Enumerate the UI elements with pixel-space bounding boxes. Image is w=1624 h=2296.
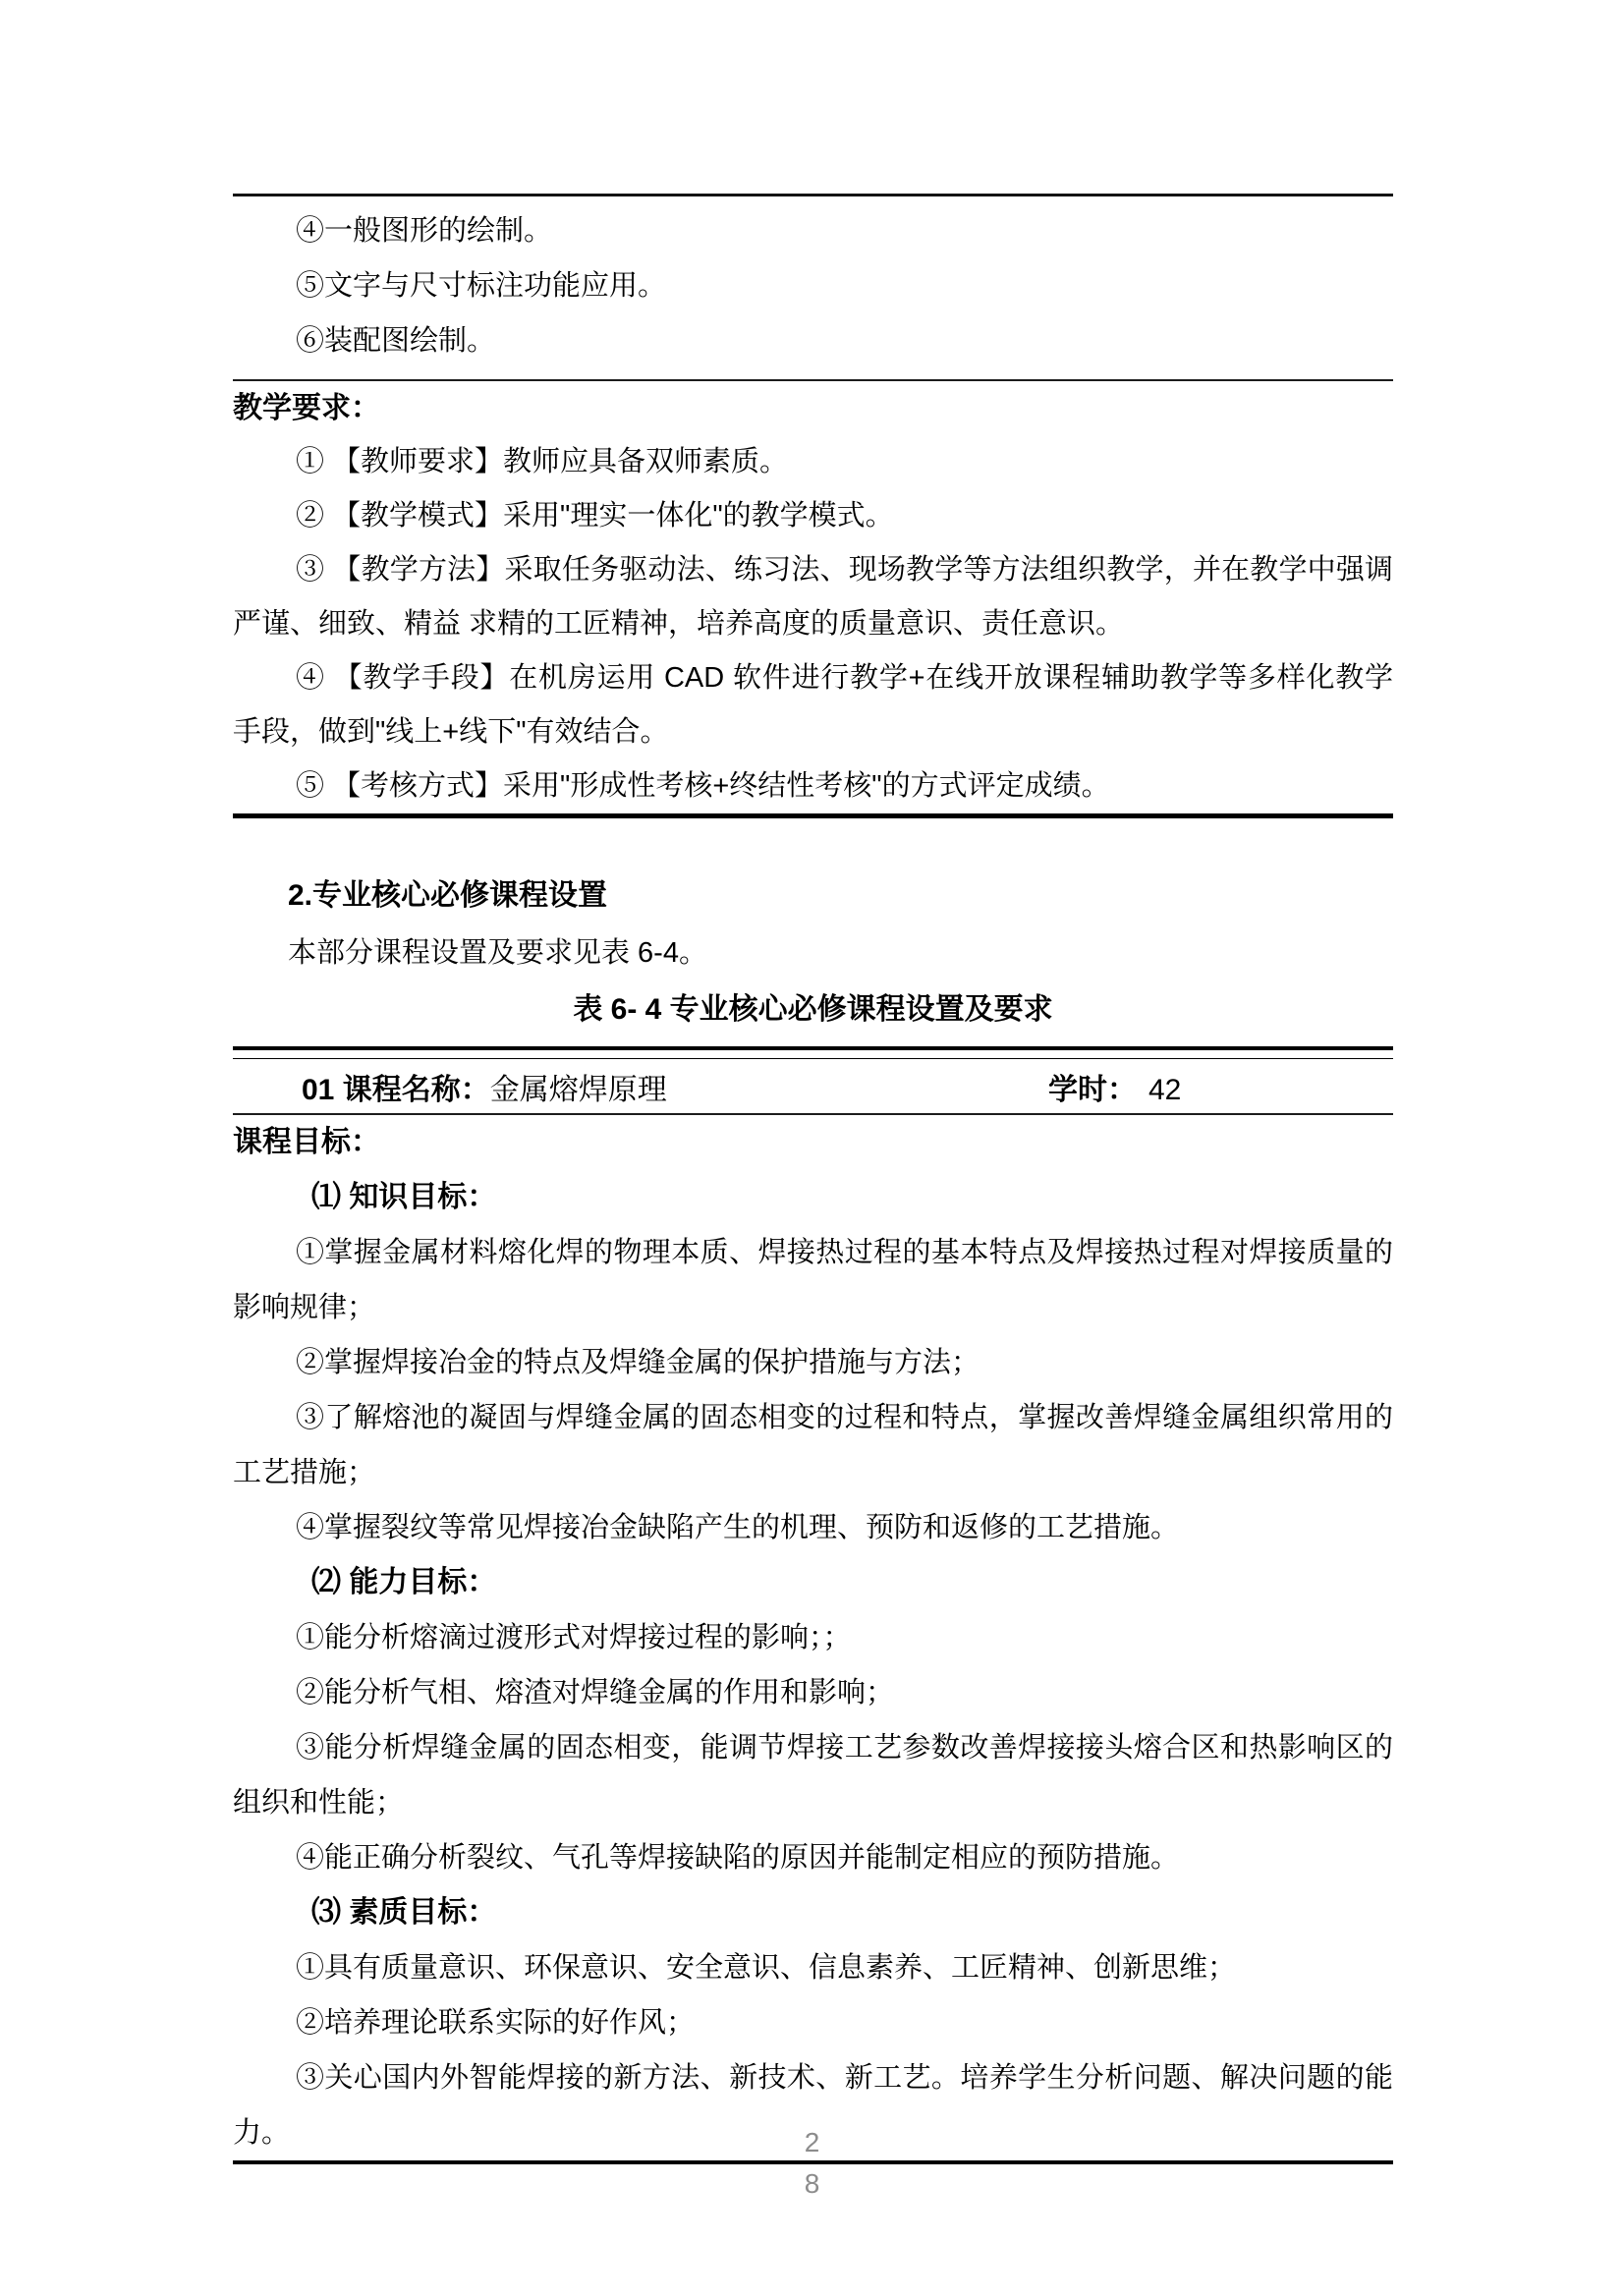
- page-number: 2 8: [0, 2122, 1624, 2205]
- list-item: ②掌握焊接冶金的特点及焊缝金属的保护措施与方法；: [233, 1335, 1393, 1390]
- core-courses-heading: 2.专业核心必修课程设置: [233, 868, 1393, 924]
- list-item: ④掌握裂纹等常见焊接冶金缺陷产生的机理、预防和返修的工艺措施。: [233, 1500, 1393, 1555]
- table-caption: 表 6- 4 专业核心必修课程设置及要求: [233, 981, 1393, 1038]
- list-item: ①具有质量意识、环保意识、安全意识、信息素养、工匠精神、创新思维；: [233, 1940, 1393, 1995]
- course-name-cell: 01 课程名称：金属熔焊原理: [233, 1065, 1048, 1108]
- page-number-digit: 8: [0, 2163, 1624, 2205]
- table-body: 课程目标： ⑴ 知识目标： ①掌握金属材料熔化焊的物理本质、焊接热过程的基本特点…: [233, 1115, 1393, 2160]
- table-header-row: 01 课程名称：金属熔焊原理 学时：42: [233, 1059, 1393, 1113]
- course-name-value: 金属熔焊原理: [490, 1074, 667, 1106]
- list-item: ②培养理论联系实际的好作风；: [233, 1995, 1393, 2050]
- course-objectives-heading: 课程目标：: [233, 1115, 1393, 1170]
- hours-label: 学时：: [1048, 1074, 1137, 1106]
- knowledge-objectives-heading: ⑴ 知识目标：: [233, 1170, 1393, 1225]
- list-item: ① 【教师要求】教师应具备双师素质。: [233, 435, 1393, 489]
- teaching-requirements-heading: 教学要求：: [233, 381, 1393, 435]
- document-page: ④一般图形的绘制。 ⑤文字与尺寸标注功能应用。 ⑥装配图绘制。 教学要求： ① …: [0, 0, 1624, 2296]
- list-item: ③了解熔池的凝固与焊缝金属的固态相变的过程和特点，掌握改善焊缝金属组织常用的工艺…: [233, 1390, 1393, 1500]
- list-item: ⑤ 【考核方式】采用"形成性考核+终结性考核"的方式评定成绩。: [233, 759, 1393, 813]
- section-drawing-items: ④一般图形的绘制。 ⑤文字与尺寸标注功能应用。 ⑥装配图绘制。: [233, 196, 1393, 379]
- hours-value: 42: [1148, 1074, 1181, 1106]
- list-item: ②能分析气相、熔渣对焊缝金属的作用和影响；: [233, 1665, 1393, 1720]
- list-item: ④能正确分析裂纹、气孔等焊接缺陷的原因并能制定相应的预防措施。: [233, 1830, 1393, 1885]
- core-courses-intro: 本部分课程设置及要求见表 6-4。: [233, 924, 1393, 981]
- list-item: ⑥装配图绘制。: [233, 313, 1393, 368]
- quality-objectives-heading: ⑶ 素质目标：: [233, 1885, 1393, 1940]
- page-number-digit: 2: [0, 2122, 1624, 2163]
- list-item: ③ 【教学方法】采取任务驱动法、练习法、现场教学等方法组织教学，并在教学中强调严…: [233, 543, 1393, 651]
- section-teaching-requirements: 教学要求： ① 【教师要求】教师应具备双师素质。 ② 【教学模式】采用"理实一体…: [233, 381, 1393, 813]
- list-item: ⑤文字与尺寸标注功能应用。: [233, 258, 1393, 313]
- ability-objectives-heading: ⑵ 能力目标：: [233, 1555, 1393, 1610]
- table-top-border: [233, 1046, 1393, 1059]
- list-item: ③能分析焊缝金属的固态相变，能调节焊接工艺参数改善焊接接头熔合区和热影响区的组织…: [233, 1720, 1393, 1830]
- list-item: ④一般图形的绘制。: [233, 203, 1393, 258]
- list-item: ①掌握金属材料熔化焊的物理本质、焊接热过程的基本特点及焊接热过程对焊接质量的影响…: [233, 1225, 1393, 1335]
- hours-cell: 学时：42: [1048, 1065, 1181, 1108]
- page-content: ④一般图形的绘制。 ⑤文字与尺寸标注功能应用。 ⑥装配图绘制。 教学要求： ① …: [233, 0, 1393, 2164]
- section-core-courses: 2.专业核心必修课程设置 本部分课程设置及要求见表 6-4。 表 6- 4 专业…: [233, 818, 1393, 1046]
- list-item: ①能分析熔滴过渡形式对焊接过程的影响；；: [233, 1610, 1393, 1665]
- list-item: ④ 【教学手段】在机房运用 CAD 软件进行教学+在线开放课程辅助教学等多样化教…: [233, 651, 1393, 759]
- course-table: 01 课程名称：金属熔焊原理 学时：42 课程目标： ⑴ 知识目标： ①掌握金属…: [233, 1046, 1393, 2164]
- course-no-label: 01 课程名称：: [302, 1074, 490, 1106]
- list-item: ② 【教学模式】采用"理实一体化"的教学模式。: [233, 489, 1393, 543]
